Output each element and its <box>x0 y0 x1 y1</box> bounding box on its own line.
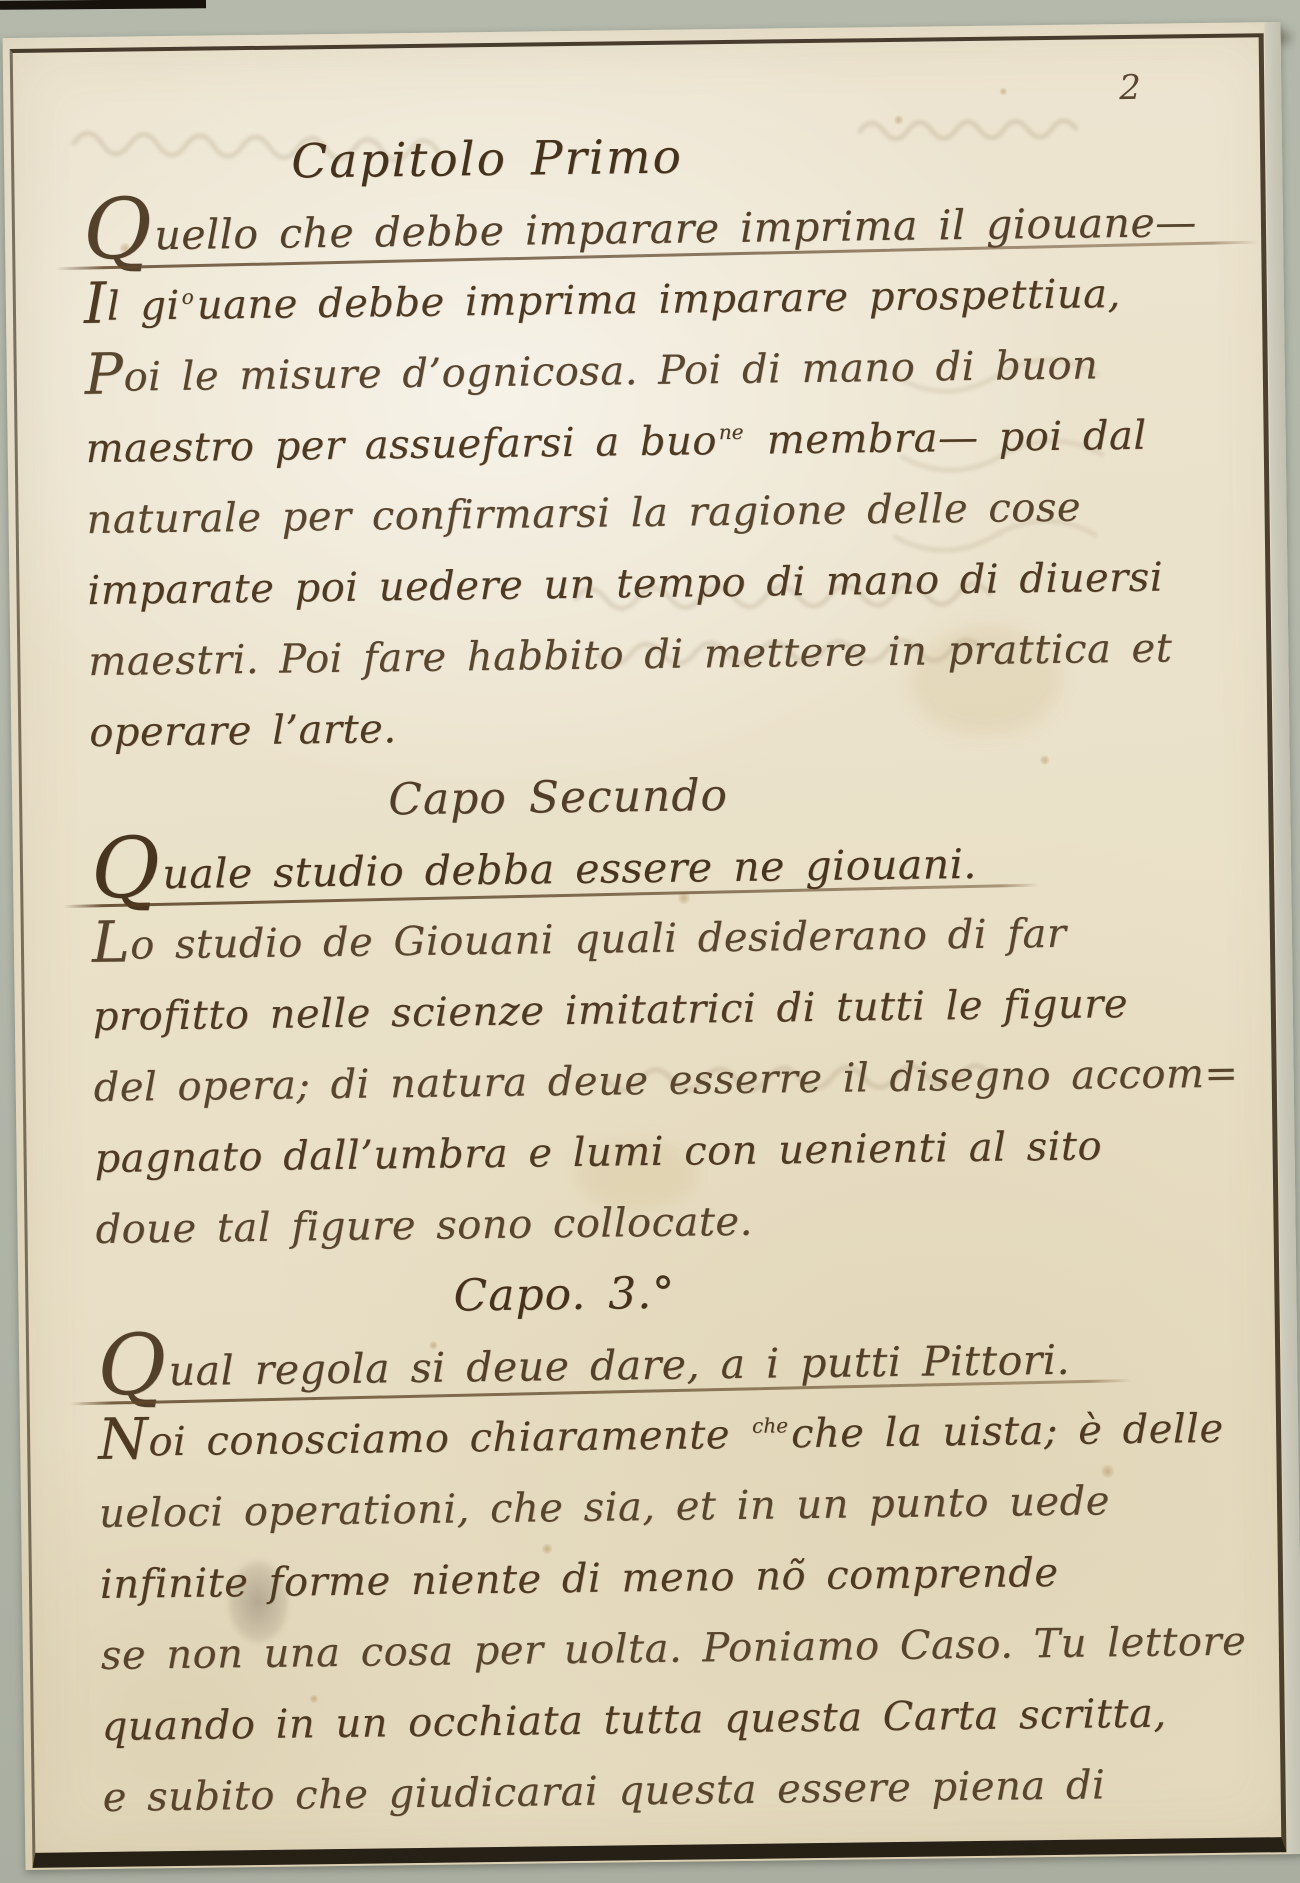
handwritten-text: maestri. Poi fare habbito di mettere in … <box>88 625 1172 685</box>
chapter-1-title: Capitolo Primo <box>82 116 1103 200</box>
interlinear-insertion: ne <box>719 420 744 444</box>
text-line: e subito che giudicarai questa essere pi… <box>102 1749 1123 1833</box>
handwritten-text: maestro per assuefarsi a buone membra— p… <box>85 412 1146 471</box>
text-line: profitto nelle scienze imitatrici di tut… <box>92 968 1113 1052</box>
text-line: maestro per assuefarsi a buone membra— p… <box>85 400 1106 484</box>
interlinear-insertion: o <box>182 285 194 309</box>
decorated-initial: N <box>98 1439 148 1440</box>
handwritten-text: se non una cosa per uolta. Poniamo Caso.… <box>101 1618 1247 1678</box>
handwritten-text: pagnato dall’umbra e lumi con uenienti a… <box>94 1123 1102 1182</box>
handwritten-text: Il giouane debbe imprima imparare prospe… <box>84 271 1121 330</box>
binding-shadow-bar <box>0 0 206 10</box>
handwritten-text: Quale studio debba essere ne giouani. <box>91 839 977 898</box>
text-line: Poi le misure d’ognicosa. Poi di mano di… <box>84 329 1105 413</box>
handwritten-text: Poi le misure d’ognicosa. Poi di mano di… <box>85 342 1099 401</box>
chapter-1-heading: Quello che debbe imparare imprima il gio… <box>83 187 1104 271</box>
text-line: pagnato dall’umbra e lumi con uenienti a… <box>94 1110 1115 1194</box>
page-number: 2 <box>1119 68 1141 108</box>
handwritten-text: ueloci operationi, che sia, et in un pun… <box>99 1478 1110 1537</box>
handwritten-text: imparate poi uedere un tempo di mano di … <box>87 554 1163 614</box>
chapter-3-title: Capo. 3.° <box>96 1252 1117 1336</box>
handwritten-text: Capitolo Primo <box>291 130 683 190</box>
handwritten-text: doue tal figure sono collocate. <box>95 1198 753 1252</box>
manuscript-page: 2 Capitolo PrimoQuello che debbe imparar… <box>3 22 1300 1870</box>
text-line: del opera; di natura deue esserre il dis… <box>93 1039 1114 1123</box>
text-line: Noi conosciamo chiaramente cheche la uis… <box>98 1394 1119 1478</box>
handwritten-text: del opera; di natura deue esserre il dis… <box>93 1050 1238 1110</box>
handwritten-text: quando in un occhiata tutta questa Carta… <box>101 1690 1166 1749</box>
text-line: ueloci operationi, che sia, et in un pun… <box>99 1465 1120 1549</box>
text-line: imparate poi uedere un tempo di mano di … <box>87 542 1108 626</box>
decorated-initial: Q <box>91 867 160 868</box>
text-line: quando in un occhiata tutta questa Carta… <box>101 1678 1122 1762</box>
handwritten-text: Capo. 3.° <box>453 1268 675 1322</box>
text-line: maestri. Poi fare habbito di mettere in … <box>88 613 1109 697</box>
handwritten-text: operare l’arte. <box>89 706 397 756</box>
text-line: se non una cosa per uolta. Poniamo Caso.… <box>100 1607 1121 1691</box>
decorated-initial: Q <box>97 1364 166 1365</box>
text-line: Lo studio de Giouani quali desiderano di… <box>92 897 1113 981</box>
manuscript-text: Capitolo PrimoQuello che debbe imparare … <box>82 116 1123 1833</box>
handwritten-text: naturale per confirmarsi la ragione dell… <box>86 484 1081 542</box>
chapter-2-title: Capo Secundo <box>90 755 1111 839</box>
text-line: infinite forme niente di meno nõ compren… <box>100 1536 1121 1620</box>
handwritten-text: Qual regola si deue dare, a i putti Pitt… <box>97 1335 1070 1395</box>
text-line: naturale per confirmarsi la ragione dell… <box>86 471 1107 555</box>
interlinear-insertion: che <box>752 1413 788 1437</box>
handwritten-text: Capo Secundo <box>388 770 728 825</box>
text-line: Il giouane debbe imprima imparare prospe… <box>83 258 1104 342</box>
chapter-2-heading: Quale studio debba essere ne giouani. <box>91 826 1112 910</box>
handwritten-text: e subito che giudicarai questa essere pi… <box>102 1762 1105 1821</box>
handwritten-text: Lo studio de Giouani quali desiderano di… <box>92 910 1067 968</box>
handwritten-text: Quello che debbe imparare imprima il gio… <box>83 198 1197 260</box>
decorated-initial: Q <box>83 228 152 229</box>
manuscript-photo: { "document": { "page_number": "2", "tit… <box>0 0 1300 1883</box>
text-line: doue tal figure sono collocate. <box>95 1181 1116 1265</box>
text-line: operare l’arte. <box>89 684 1110 768</box>
chapter-3-heading: Qual regola si deue dare, a i putti Pitt… <box>97 1323 1118 1407</box>
handwritten-text: Noi conosciamo chiaramente cheche la uis… <box>98 1405 1224 1465</box>
handwritten-text: profitto nelle scienze imitatrici di tut… <box>93 981 1129 1040</box>
handwritten-text: infinite forme niente di meno nõ compren… <box>100 1549 1059 1607</box>
